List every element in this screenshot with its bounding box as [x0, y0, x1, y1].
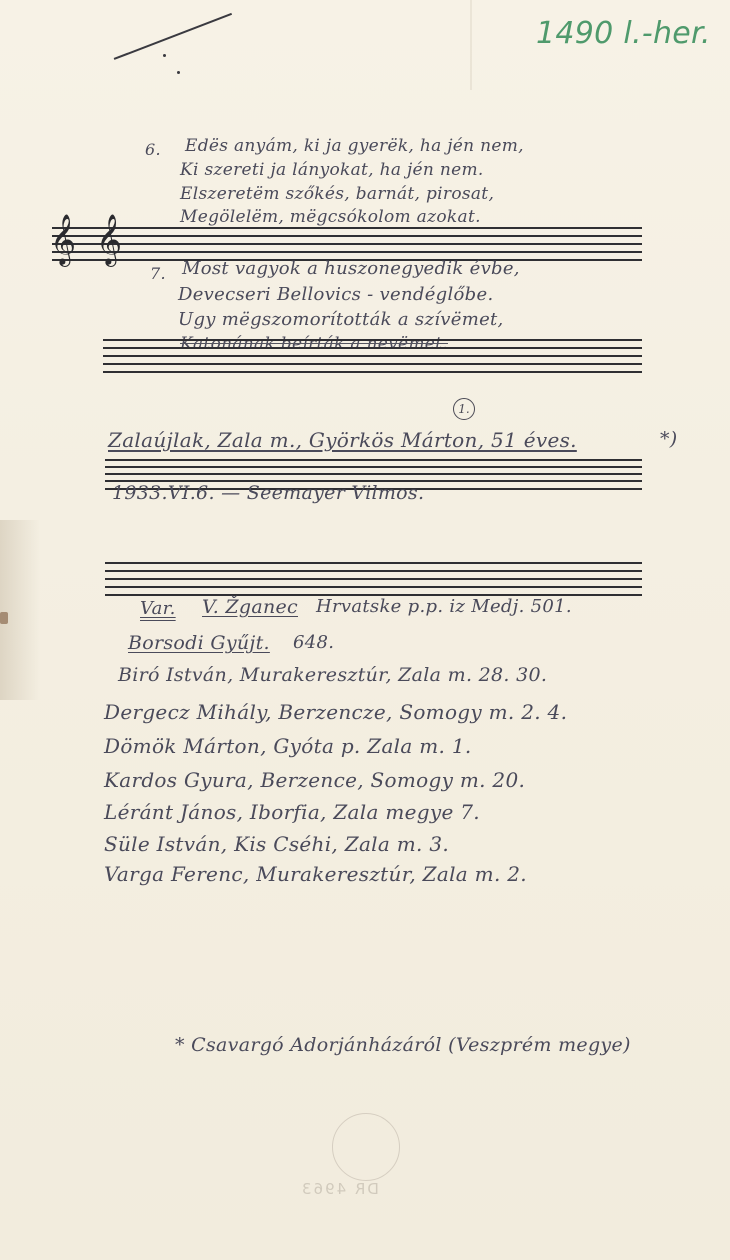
manuscript-page: 1490 l.-her. 6. Edës anyám, ki ja gyerëk… — [0, 0, 730, 1260]
stanza-7-number: 7. — [150, 264, 166, 283]
variant-entry-3: Dömök Márton, Gyóta p. Zala m. 1. — [104, 734, 472, 758]
stanza-7-line-1: Most vagyok a huszonegyedik évbe, — [182, 258, 520, 279]
borsodi-label: Borsodi Gyűjt. — [128, 632, 270, 654]
time-signature-dot-bottom — [177, 71, 180, 74]
stanza-6-line-1: Edës anyám, ki ja gyerëk, ha jén nem, — [185, 136, 524, 156]
stanza-6-number: 6. — [145, 140, 161, 159]
stamp-text: DR 4963 — [300, 1180, 379, 1198]
variant-entry-5: Léránt János, Iborfia, Zala megye 7. — [104, 800, 480, 824]
variant-label: Var. — [140, 598, 176, 619]
stanza-7-line-2: Devecseri Bellovics - vendéglőbe. — [178, 284, 493, 305]
variant-author: V. Žganec — [202, 596, 298, 618]
stanza-6-line-3: Elszeretëm szőkés, barnát, pirosat, — [180, 184, 494, 204]
variant-reference: Hrvatske p.p. iz Medj. 501. — [316, 596, 572, 617]
source-place-performer: Zalaújlak, Zala m., Györkös Márton, 51 é… — [108, 428, 577, 452]
paper-damage-spot — [0, 612, 8, 624]
stanza-6-line-4: Megölelëm, mëgcsókolom azokat. — [180, 207, 481, 227]
item-number-circled: 1. — [453, 398, 475, 420]
stanza-6-line-2: Ki szereti ja lányokat, ha jén nem. — [180, 160, 484, 180]
variant-entry-1: Biró István, Murakeresztúr, Zala m. 28. … — [118, 664, 547, 686]
treble-clef-icon: 𝄞 — [96, 218, 122, 262]
library-stamp — [332, 1113, 400, 1181]
catalog-number: 1490 l.-her. — [536, 16, 711, 51]
stanza-7-line-3: Ugy mëgszomorították a szívëmet, — [178, 309, 504, 330]
collection-date-collector: 1933.VI.6. — Seemayer Vilmos. — [112, 482, 424, 504]
music-staff-4 — [105, 562, 642, 596]
treble-clef-icon: 𝄞 — [50, 218, 76, 262]
variant-entry-4: Kardos Gyura, Berzence, Somogy m. 20. — [104, 768, 525, 792]
variant-entry-6: Süle István, Kis Cséhi, Zala m. 3. — [104, 832, 449, 856]
paper-crease — [470, 0, 472, 90]
music-staff-2 — [103, 339, 642, 373]
time-signature-slash — [114, 13, 232, 60]
time-signature-dot-top — [163, 54, 166, 57]
torn-edge — [0, 520, 40, 700]
footnote-text: * Csavargó Adorjánházáról (Veszprém megy… — [175, 1034, 631, 1056]
footnote-marker: *) — [660, 428, 678, 450]
variant-entry-2: Dergecz Mihály, Berzencze, Somogy m. 2. … — [104, 700, 567, 724]
music-staff-1 — [52, 227, 642, 261]
variant-entry-7: Varga Ferenc, Murakeresztúr, Zala m. 2. — [104, 862, 527, 886]
borsodi-number: 648. — [293, 632, 334, 653]
